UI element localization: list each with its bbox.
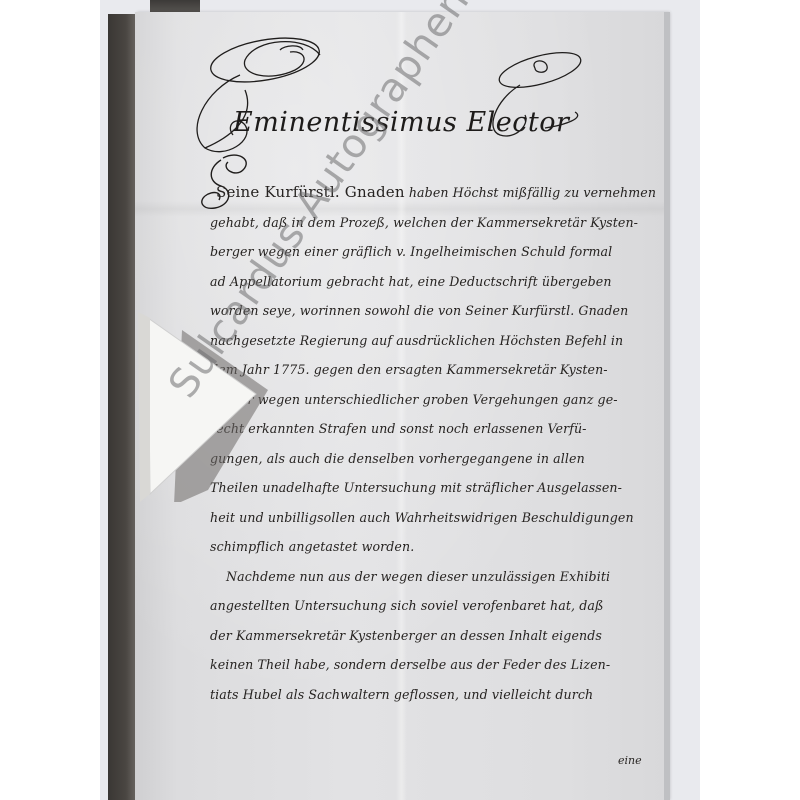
text-line: worden seye, worinnen sowohl die von Sei… — [210, 296, 665, 326]
text-line: der Kammersekretär Kystenberger an desse… — [210, 621, 665, 651]
text-line: angestellten Untersuchung sich soviel ve… — [210, 591, 665, 621]
text-line: berger wegen unterschiedlicher groben Ve… — [210, 385, 665, 415]
letter-body: Seine Kurfürstl. Gnaden haben Höchst miß… — [210, 178, 665, 709]
document-heading: Eminentissimus Elector — [233, 107, 569, 138]
calligraphic-flourish-icon — [185, 30, 605, 160]
heading-block: Eminentissimus Elector — [185, 30, 605, 160]
text-line: gungen, als auch die denselben vorhergeg… — [210, 444, 665, 474]
text-line: recht erkannten Strafen und sonst noch e… — [210, 414, 665, 444]
catchword: eine — [618, 754, 642, 767]
text-line: Seine Kurfürstl. Gnaden haben Höchst miß… — [210, 178, 665, 208]
left-shadow — [108, 14, 138, 800]
text-line: schimpflich angetastet worden. — [210, 532, 665, 562]
text-line: dem Jahr 1775. gegen den ersagten Kammer… — [210, 355, 665, 385]
text-line: berger wegen einer gräflich v. Ingelheim… — [210, 237, 665, 267]
text-line: gehabt, daß in dem Prozeß, welchen der K… — [210, 208, 665, 238]
opening-phrase: Seine Kurfürstl. Gnaden — [216, 183, 405, 201]
text-line: Theilen unadelhafte Untersuchung mit str… — [210, 473, 665, 503]
text-line: keinen Theil habe, sondern derselbe aus … — [210, 650, 665, 680]
text-line: ad Appellatorium gebracht hat, eine Dedu… — [210, 267, 665, 297]
text-line: nachgesetzte Regierung auf ausdrückliche… — [210, 326, 665, 356]
text-line: Nachdeme nun aus der wegen dieser unzulä… — [210, 562, 665, 592]
text-line: tiats Hubel als Sachwaltern geflossen, u… — [210, 680, 665, 710]
text-line: heit und unbilligsollen auch Wahrheitswi… — [210, 503, 665, 533]
line-remainder: haben Höchst mißfällig zu vernehmen — [405, 185, 656, 200]
